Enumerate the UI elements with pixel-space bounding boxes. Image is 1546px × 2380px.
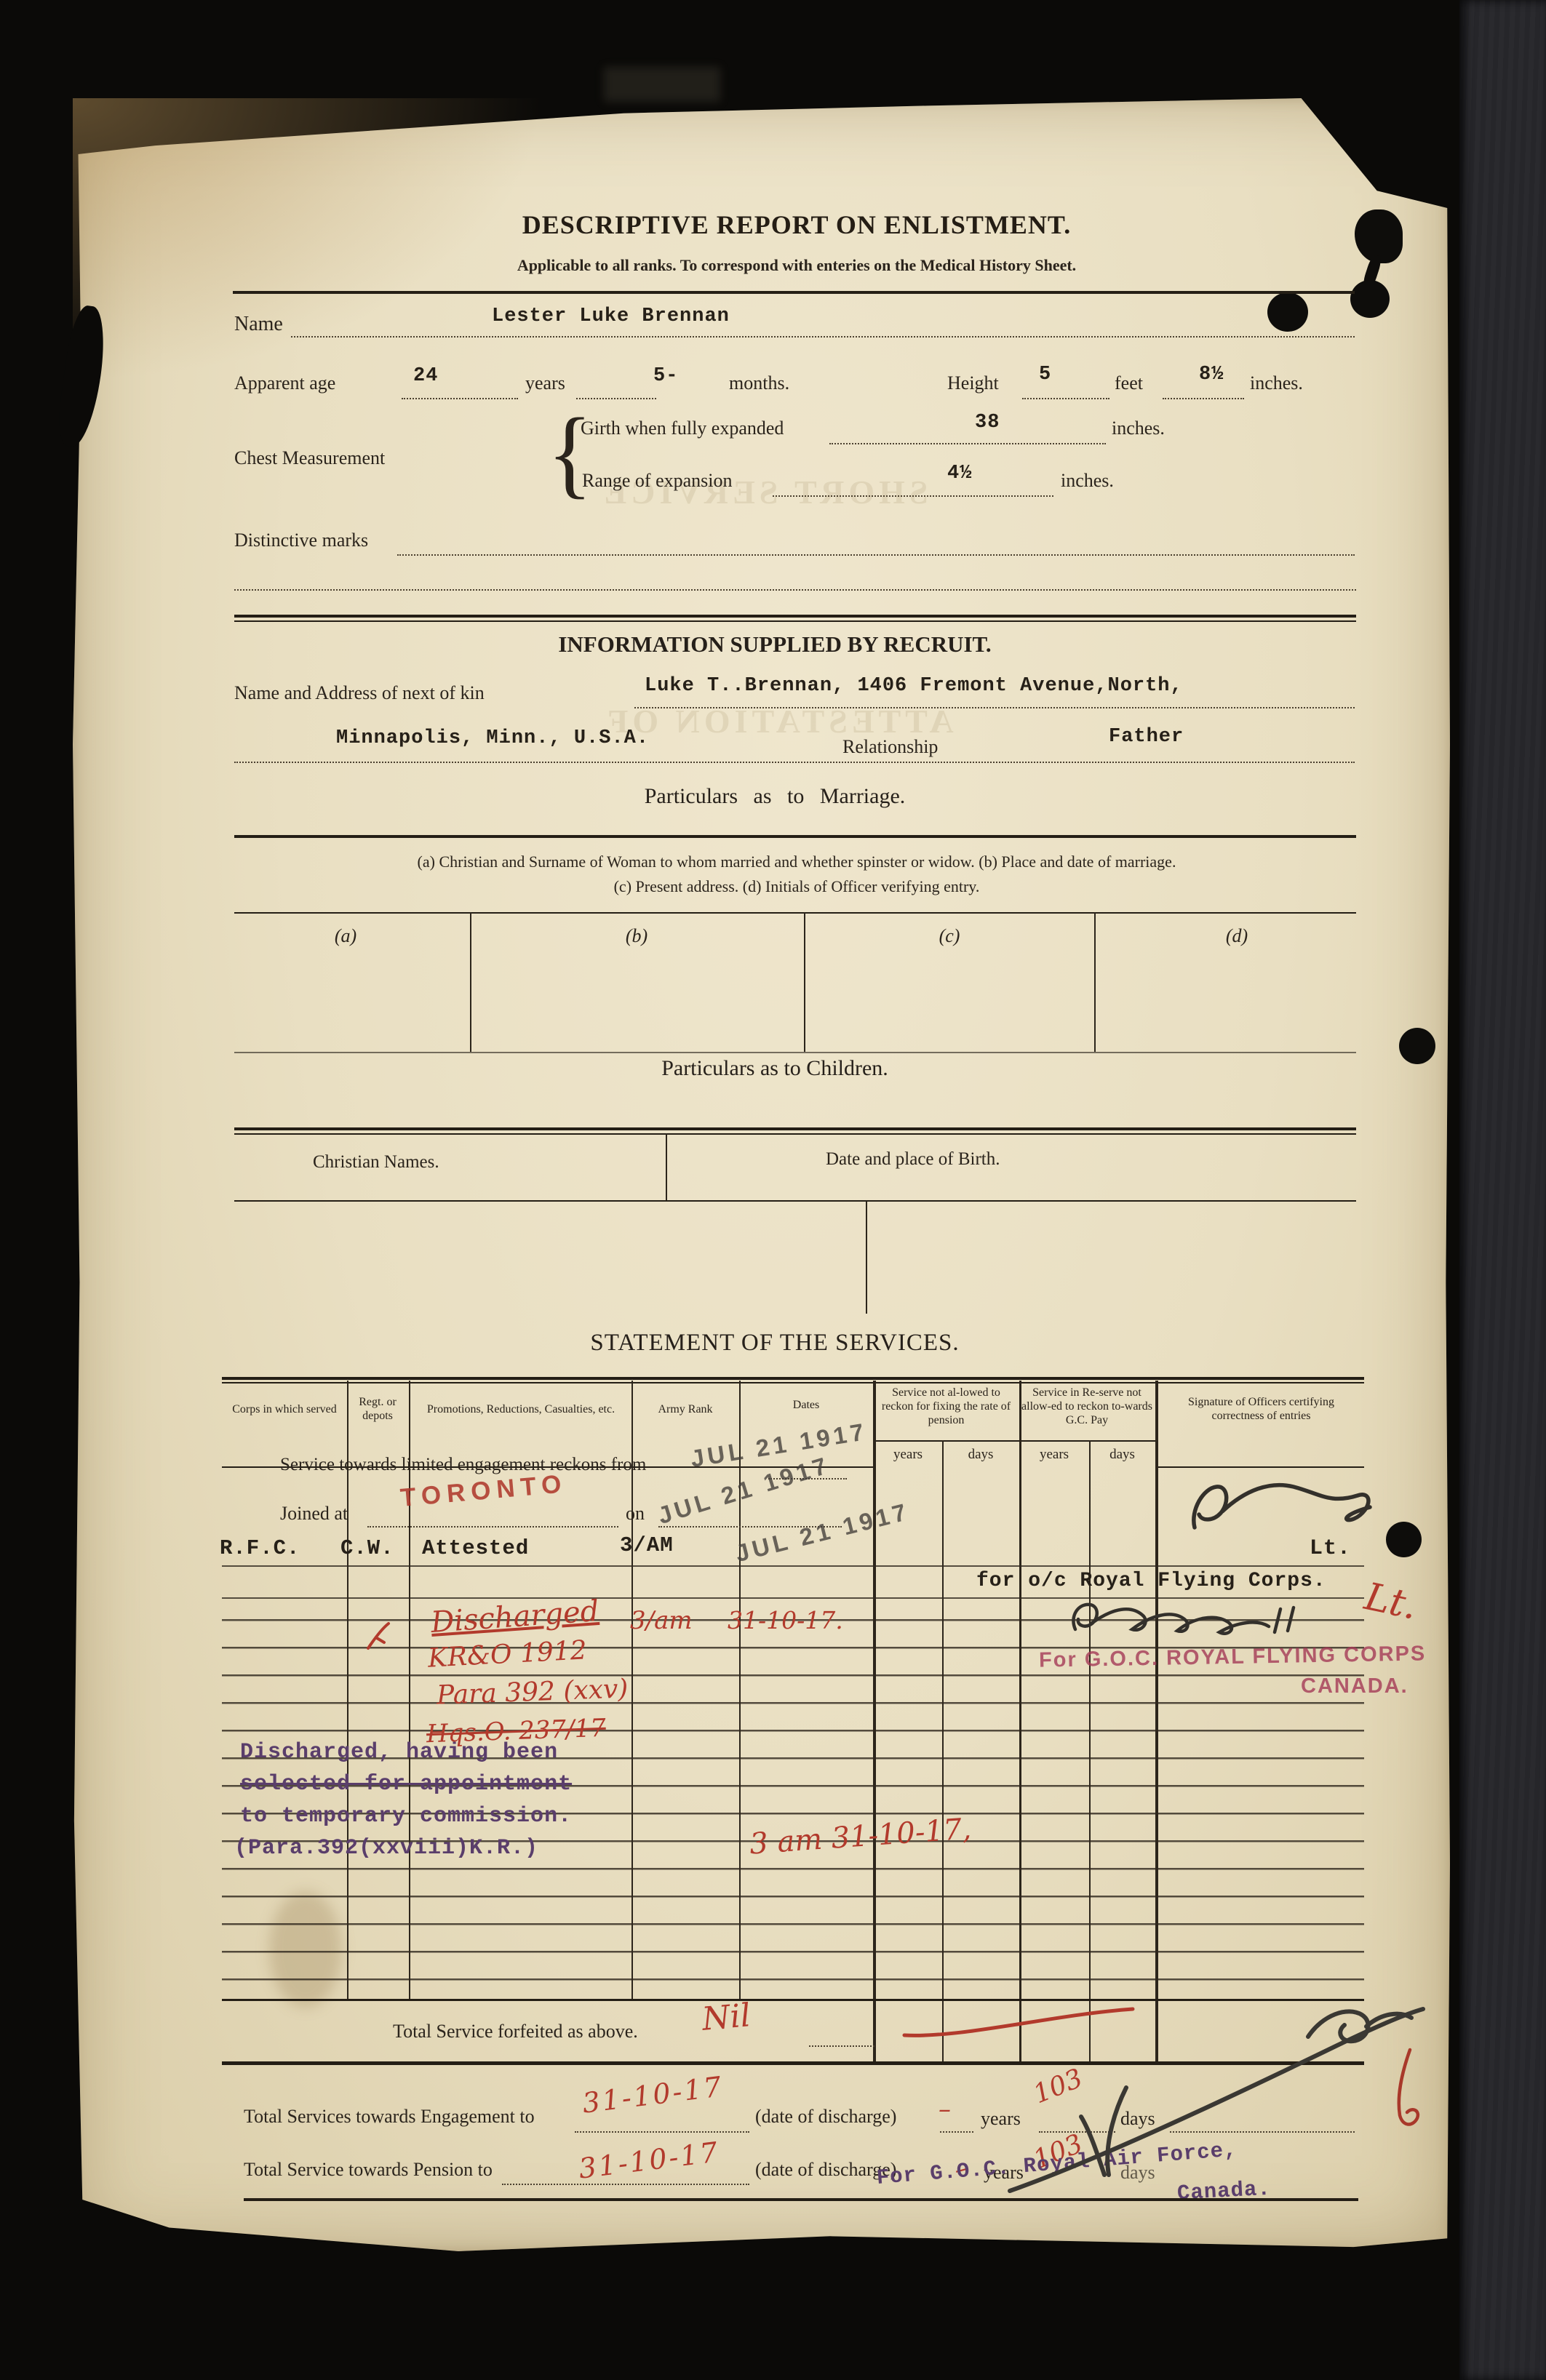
age-line [1022, 396, 1109, 399]
marriage-col-c: (c) [895, 925, 1004, 947]
certifying-signature [995, 1993, 1439, 2204]
joined-label: Joined at [280, 1503, 348, 1525]
on-label: on [626, 1503, 645, 1525]
children-heading: Particulars as to Children. [244, 1056, 1306, 1081]
totals-line [940, 2130, 973, 2133]
punch-hole [1350, 280, 1390, 318]
age-months-value: 5- [653, 365, 678, 387]
purple-entry-line3: to temporary commission. [240, 1804, 572, 1829]
age-line [402, 396, 518, 399]
rfc-stamp-line2: CANADA. [1301, 1674, 1408, 1698]
attested-regt: C.W. [340, 1536, 394, 1560]
page-subtitle: Applicable to all ranks. To correspond w… [276, 256, 1317, 275]
years-label: years [525, 372, 565, 394]
children-body-divider [866, 1202, 867, 1314]
punch-hole [1267, 292, 1308, 332]
services-heading: STATEMENT OF THE SERVICES. [244, 1330, 1306, 1357]
chest-label: Chest Measurement [234, 447, 385, 469]
officer-signature [1184, 1475, 1381, 1541]
girth-unit: inches. [1112, 418, 1165, 439]
children-topline-thin [234, 1133, 1356, 1135]
girth-label: Girth when fully expanded [581, 418, 784, 439]
forfeited-line [809, 2044, 874, 2047]
relationship-label: Relationship [842, 736, 938, 758]
punch-hole [1386, 1522, 1422, 1557]
officer-signature [1062, 1587, 1353, 1649]
attested-event: Attested [422, 1536, 529, 1560]
rule [233, 291, 1355, 294]
sub-days-label: days [944, 1447, 1018, 1461]
totals-pension-label: Total Service towards Pension to [244, 2159, 493, 2181]
scanned-document-page: { "colors": { "paper": "#e9dfc2", "backg… [0, 0, 1546, 2380]
header-bottomline [1155, 1466, 1364, 1468]
purple-entry-line1: Discharged, having been [240, 1740, 558, 1765]
girth-line [829, 442, 1106, 444]
col-signature-header: Signature of Officers certifying correct… [1164, 1395, 1358, 1423]
marriage-col-b: (b) [582, 925, 691, 947]
marriage-note-2: (c) Present address. (d) Initials of Off… [291, 877, 1302, 896]
relationship-value: Father [1109, 726, 1184, 748]
sub-years-label: years [874, 1447, 941, 1461]
age-years-value: 24 [413, 365, 438, 387]
kin-line [634, 706, 1355, 708]
marriage-col-a: (a) [291, 925, 400, 947]
pencil-smudge [604, 67, 720, 102]
engagement-label: Service towards limited engagement recko… [280, 1455, 646, 1475]
name-value: Lester Luke Brennan [492, 306, 730, 327]
chest-brace: { [547, 396, 592, 511]
marriage-divider [804, 912, 805, 1052]
marriage-note-1: (a) Christian and Surname of Woman to wh… [291, 852, 1302, 871]
joined-line [367, 1525, 618, 1528]
red-margin-mark [1381, 2045, 1432, 2133]
col-dates-header: Dates [742, 1398, 870, 1412]
kin-value: Luke T..Brennan, 1406 Fremont Avenue,Nor… [645, 675, 1183, 697]
months-label: months. [729, 372, 789, 394]
children-headline [234, 1200, 1356, 1202]
height-label: Height [947, 372, 999, 394]
expansion-value: 4½ [947, 463, 972, 484]
paper-aged-corner [73, 98, 582, 404]
services-topline-thin [222, 1382, 1364, 1383]
red-entry-date: 31-10-17. [728, 1606, 843, 1634]
recruit-heading: INFORMATION SUPPLIED BY RECRUIT. [244, 631, 1306, 658]
col-reserve-header: Service in Re-serve not allow-ed to reck… [1021, 1386, 1152, 1427]
purple-entry-line4: (Para.392(xxviii)K.R.) [234, 1836, 538, 1861]
marks-line-2 [234, 588, 1356, 591]
col-pension-header: Service not al-lowed to reckon for fixin… [876, 1386, 1016, 1427]
inches-label: inches. [1250, 372, 1303, 394]
children-col-names: Christian Names. [313, 1152, 439, 1173]
children-topline [234, 1127, 1356, 1130]
marriage-bottomline [234, 1052, 1356, 1053]
totals-line [575, 2130, 749, 2133]
services-topline [222, 1377, 1364, 1380]
col-rank-header: Army Rank [634, 1402, 736, 1416]
apparent-age-label: Apparent age [234, 372, 335, 394]
marriage-headline [234, 912, 1356, 914]
totals-engagement-label: Total Services towards Engagement to [244, 2106, 535, 2128]
girth-value: 38 [975, 412, 1000, 434]
height-inches-value: 8½ [1199, 364, 1224, 386]
marriage-heading: Particulars as to Marriage. [244, 784, 1306, 809]
red-checkmark [364, 1621, 393, 1653]
section-divider-thin [234, 620, 1356, 622]
expansion-label: Range of expansion [582, 470, 733, 492]
marriage-col-d: (d) [1182, 925, 1291, 947]
discharge-label: (date of discharge) [755, 2106, 896, 2128]
col-promotions-header: Promotions, Reductions, Casualties, etc. [418, 1402, 623, 1416]
sub-years-label: years [1021, 1447, 1088, 1461]
attested-corps: R.F.C. [220, 1536, 300, 1560]
age-line [1163, 396, 1244, 399]
forfeited-label: Total Service forfeited as above. [393, 2021, 638, 2042]
book-binding-strip [1459, 0, 1546, 2380]
height-feet-value: 5 [1039, 364, 1051, 386]
feet-label: feet [1115, 372, 1143, 394]
attested-rank: 3/AM [620, 1533, 674, 1557]
engagement-years-value: – [939, 2095, 951, 2124]
expansion-unit: inches. [1061, 470, 1114, 492]
red-entry-rank: 3/am [630, 1606, 693, 1635]
punch-hole [1399, 1028, 1435, 1064]
expansion-line [773, 494, 1053, 497]
sub-days-label: days [1091, 1447, 1154, 1461]
children-header-divider [666, 1133, 667, 1202]
section-divider [234, 615, 1356, 618]
row-line [222, 1565, 1364, 1567]
name-label: Name [234, 313, 283, 336]
forfeited-value: Nil [701, 1997, 752, 2038]
totals-line [502, 2182, 749, 2185]
name-line [291, 335, 1355, 338]
col-corps-header: Corps in which served [226, 1402, 343, 1416]
marriage-topline [234, 835, 1356, 838]
marks-label: Distinctive marks [234, 530, 368, 551]
kin-label: Name and Address of next of kin [234, 682, 485, 704]
marriage-divider [1094, 912, 1096, 1052]
marks-line [397, 553, 1355, 556]
children-col-birth: Date and place of Birth. [826, 1149, 1000, 1170]
marriage-divider [470, 912, 471, 1052]
kin-value-2: Minnapolis, Minn., U.S.A. [336, 727, 649, 749]
subheader-line [873, 1440, 1155, 1442]
relationship-line [234, 760, 1355, 763]
page-title: DESCRIPTIVE REPORT ON ENLISTMENT. [276, 209, 1317, 240]
col-regt-header: Regt. or depots [348, 1395, 407, 1423]
signature-rank: Lt. [1310, 1536, 1351, 1561]
purple-entry-line2: selected for appointment [240, 1772, 572, 1797]
